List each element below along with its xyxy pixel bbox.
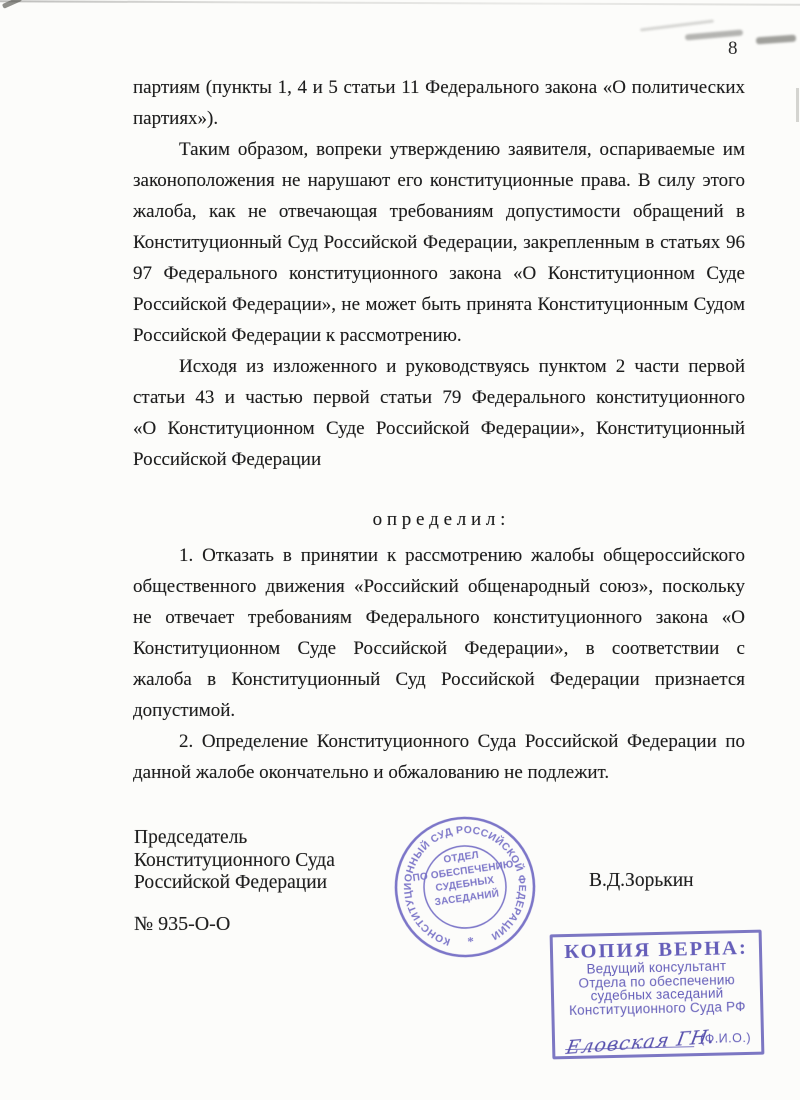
text-line: жалоба в Конституционный Суд Российской … — [133, 664, 745, 695]
signer-title: Председатель Конституционного Суда Росси… — [134, 827, 335, 895]
handwritten-signature: Еловская ГН. — [564, 1026, 717, 1059]
ruling-heading: о п р е д е л и л : — [133, 504, 745, 535]
text-line: партиях»). — [133, 103, 745, 134]
page-number: 8 — [728, 38, 738, 60]
signature-line: Еловская ГН. — [565, 1022, 695, 1050]
scanned-document-page: 8 партиям (пункты 1, 4 и 5 статьи 11 Фед… — [0, 0, 800, 1100]
text-line: партиям (пункты 1, 4 и 5 статьи 11 Федер… — [133, 72, 745, 103]
signer-title-line: Российской Федерации — [134, 872, 335, 895]
scan-edge-mark — [796, 88, 799, 122]
text-line: «О Конституционном Суде Российской Федер… — [133, 413, 745, 444]
text-line: 2. Определение Конституционного Суда Рос… — [133, 726, 745, 757]
text-line: не отвечает требованиям Федерального кон… — [133, 602, 745, 633]
text-line: Российской Федерации — [133, 444, 745, 475]
signer-name: В.Д.Зорькин — [589, 870, 694, 892]
scan-edge-line — [0, 0, 800, 5]
text-line: Российской Федерации к рассмотрению. — [133, 320, 745, 351]
copy-certification-stamp: КОПИЯ ВЕРНА: Ведущий консультант Отдела … — [550, 930, 765, 1060]
text-line: законоположения не нарушают его конститу… — [133, 165, 745, 196]
text-line: Конституционном Суде Российской Федераци… — [133, 633, 745, 664]
text-line: Конституционный Суд Российской Федерации… — [133, 227, 745, 258]
copy-stamp-signature-row: Еловская ГН. (Ф.И.О.) — [565, 1021, 754, 1050]
document-body: партиям (пункты 1, 4 и 5 статьи 11 Федер… — [133, 72, 745, 788]
text-line: допустимой. — [133, 695, 745, 726]
text-line: общественного движения «Российский общен… — [133, 571, 745, 602]
document-number: № 935-О-О — [134, 913, 230, 936]
text-line: жалоба, как не отвечающая требованиям до… — [133, 196, 745, 227]
text-line: Российской Федерации», не может быть при… — [133, 289, 745, 320]
signer-title-line: Председатель — [134, 827, 335, 850]
text-line: данной жалобе окончательно и обжалованию… — [133, 757, 745, 788]
text-line: 1. Отказать в принятии к рассмотрению жа… — [133, 540, 745, 571]
round-court-stamp: КОНСТИТУЦИОННЫЙ СУД РОССИЙСКОЙ ФЕДЕРАЦИИ… — [385, 807, 545, 967]
pencil-smudge — [640, 20, 714, 32]
text-line: статьи 43 и частью первой статьи 79 Феде… — [133, 382, 745, 413]
signer-title-line: Конституционного Суда — [134, 850, 335, 873]
text-line: Исходя из изложенного и руководствуясь п… — [133, 351, 745, 382]
text-line: Таким образом, вопреки утверждению заяви… — [133, 134, 745, 165]
pencil-smudge — [756, 35, 796, 45]
copy-stamp-line: Конституционного Суда РФ — [554, 999, 760, 1017]
text-line: 97 Федерального конституционного закона … — [133, 258, 745, 289]
round-stamp-star: * — [467, 933, 475, 949]
